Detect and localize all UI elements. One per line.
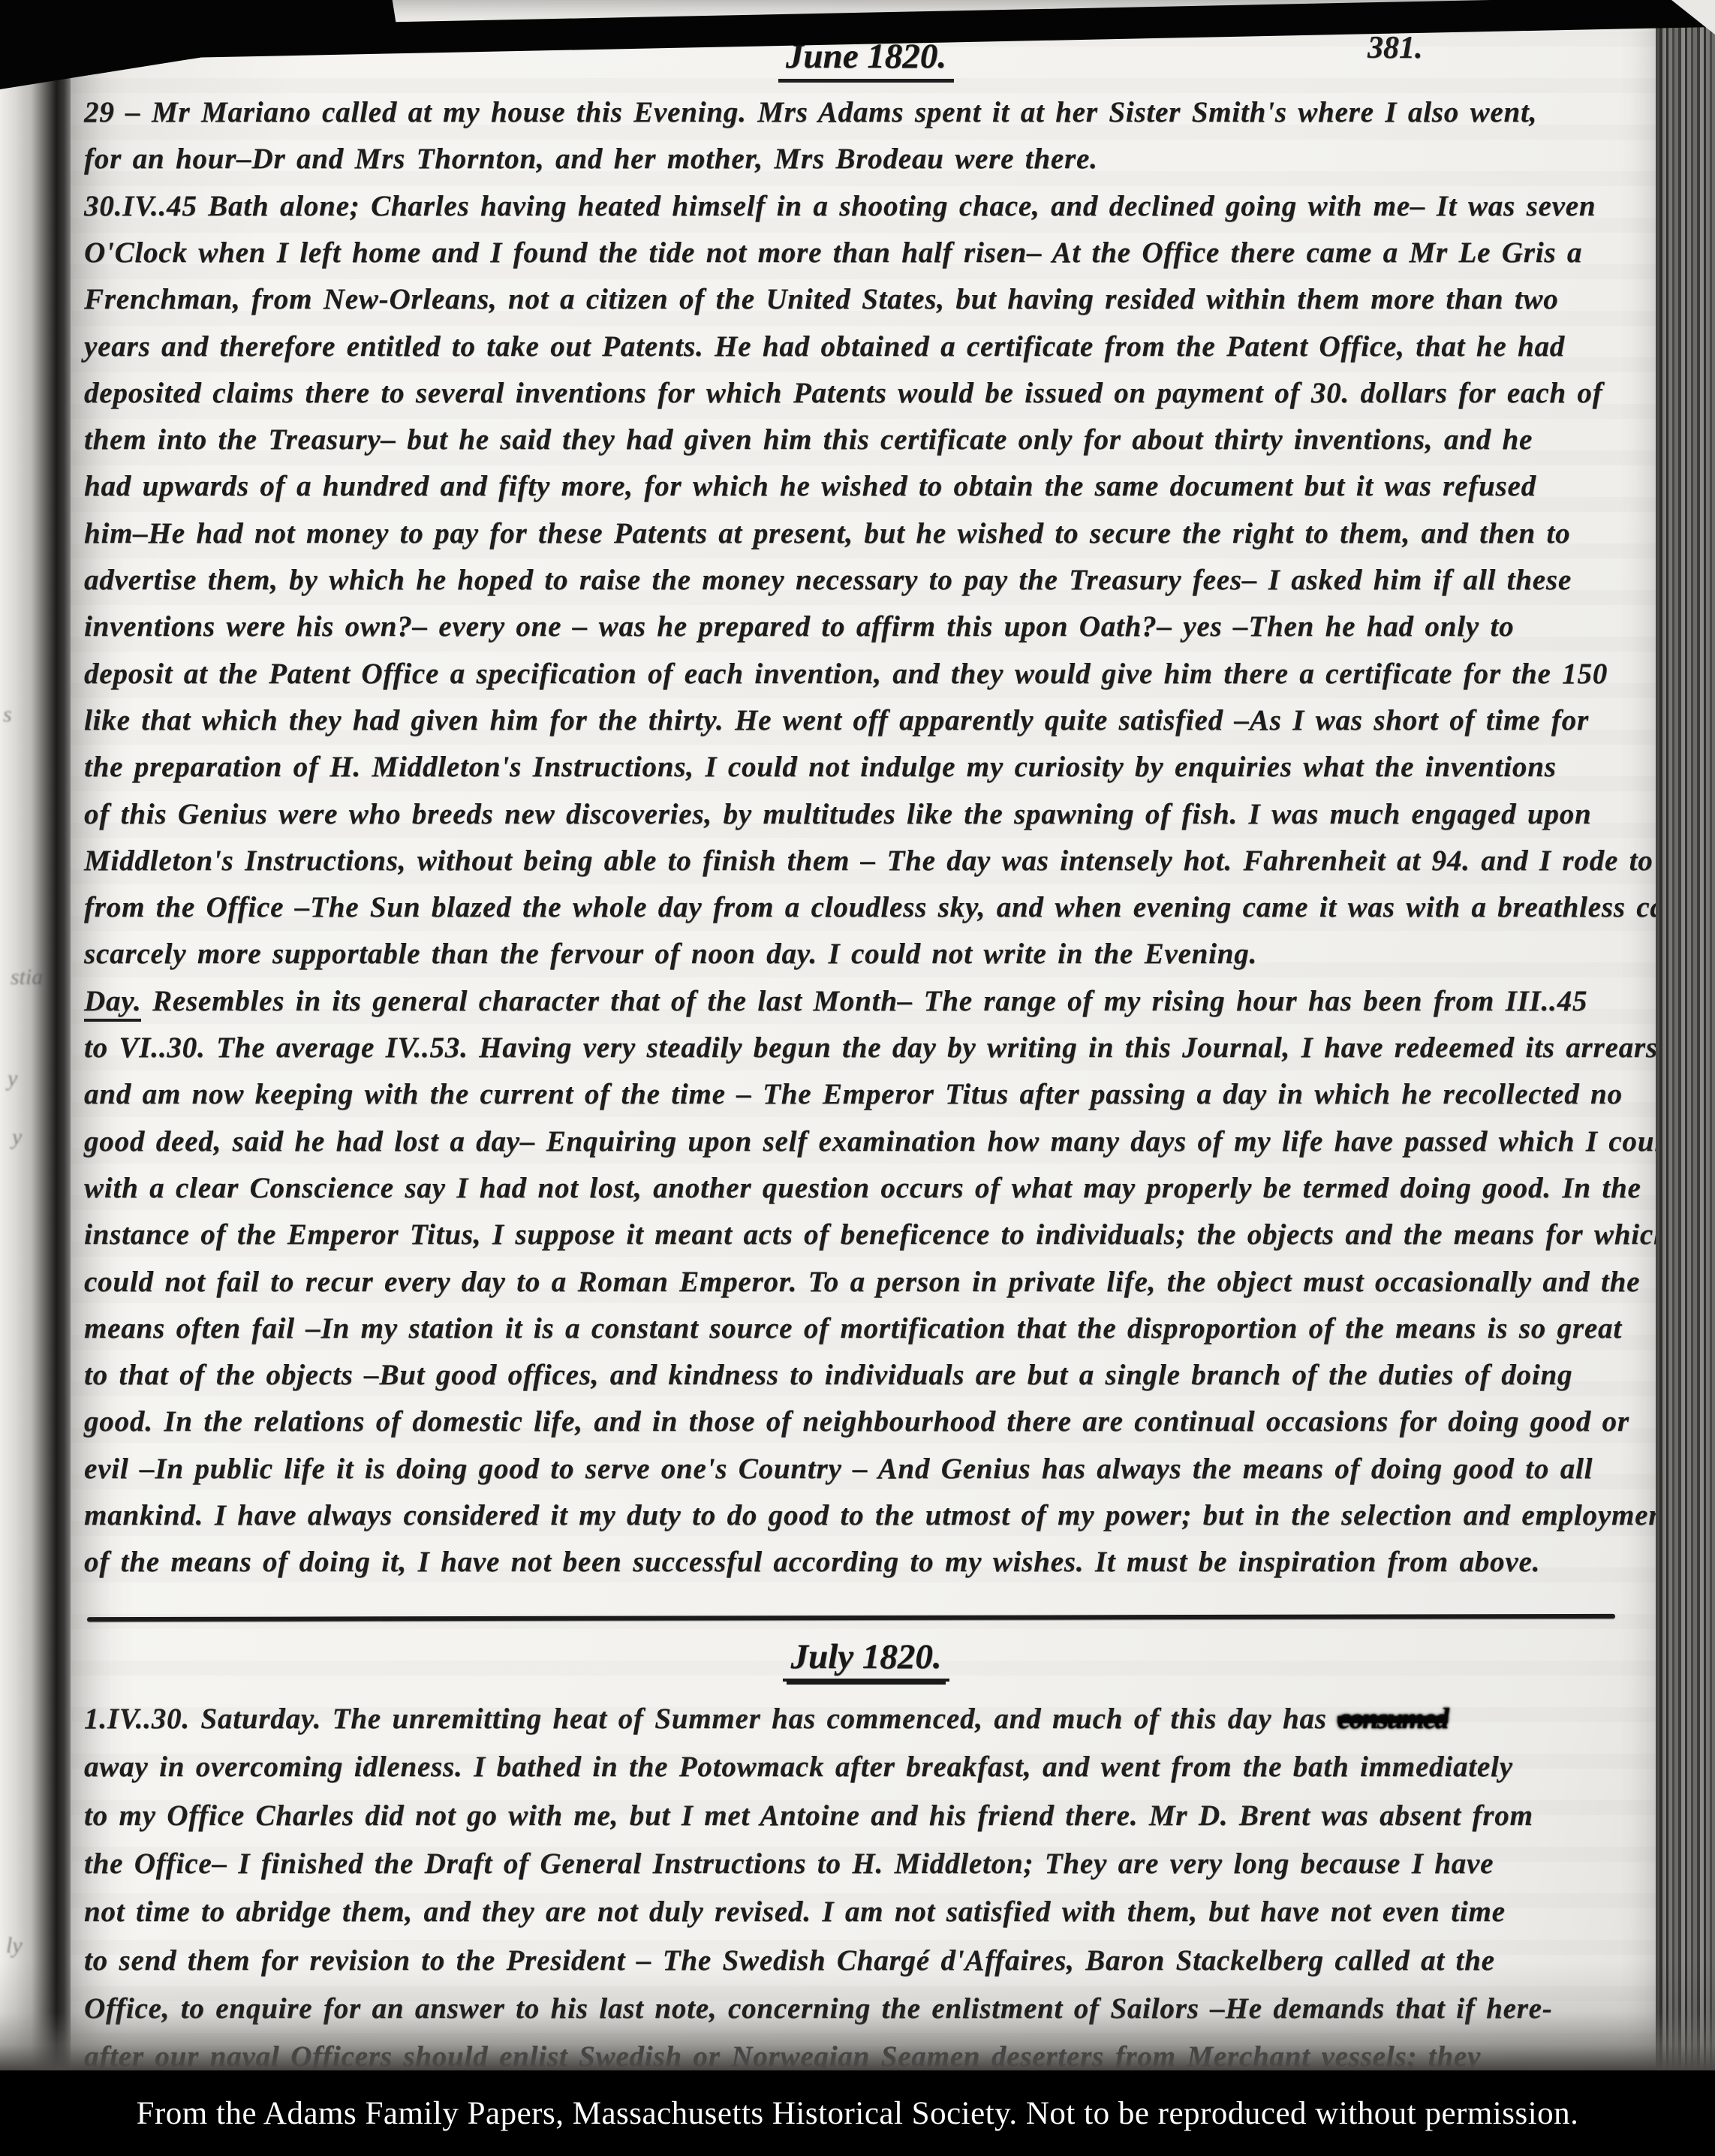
manuscript-line: away in overcoming idleness. I bathed in… bbox=[84, 1746, 1654, 1793]
line-text: the preparation of H. Middleton's Instru… bbox=[84, 751, 1557, 783]
manuscript-line: deposit at the Patent Office a specifica… bbox=[84, 653, 1654, 700]
manuscript-page: 381. June 1820. 29 – Mr Mariano called a… bbox=[71, 0, 1662, 2094]
line-text: had upwards of a hundred and fifty more,… bbox=[84, 470, 1536, 502]
section-divider-rule bbox=[87, 1614, 1615, 1622]
line-text: and am now keeping with the current of t… bbox=[84, 1078, 1623, 1110]
line-text: deposited claims there to several invent… bbox=[84, 377, 1602, 409]
line-text: like that which they had given him for t… bbox=[84, 704, 1589, 736]
line-text: O'Clock when I left home and I found the… bbox=[84, 236, 1582, 269]
bleedthrough-mark: ly bbox=[6, 1933, 23, 1959]
line-text: means often fail –In my station it is a … bbox=[84, 1312, 1622, 1344]
manuscript-line: and am now keeping with the current of t… bbox=[84, 1073, 1654, 1120]
manuscript-line: scarcely more supportable than the fervo… bbox=[84, 933, 1654, 980]
line-text: away in overcoming idleness. I bathed in… bbox=[84, 1751, 1513, 1783]
manuscript-line: of this Genius were who breeds new disco… bbox=[84, 793, 1654, 840]
line-text: with a clear Conscience say I had not lo… bbox=[84, 1172, 1641, 1204]
line-text: inventions were his own?– every one – wa… bbox=[84, 610, 1514, 643]
manuscript-line: could not fail to recur every day to a R… bbox=[84, 1261, 1654, 1308]
book-page-edges bbox=[1656, 0, 1715, 2156]
manuscript-line: inventions were his own?– every one – wa… bbox=[84, 606, 1654, 652]
line-text: deposit at the Patent Office a specifica… bbox=[84, 658, 1608, 690]
manuscript-line: Frenchman, from New-Orleans, not a citiz… bbox=[84, 279, 1654, 325]
line-text: to that of the objects –But good offices… bbox=[84, 1359, 1572, 1391]
manuscript-line: good deed, said he had lost a day– Enqui… bbox=[84, 1121, 1654, 1167]
manuscript-line: 1.IV..30. Saturday. The unremitting heat… bbox=[84, 1698, 1654, 1745]
manuscript-line: 29 – Mr Mariano called at my house this … bbox=[84, 92, 1654, 138]
manuscript-line: Middleton's Instructions, without being … bbox=[84, 840, 1654, 887]
manuscript-line: mankind. I have always considered it my … bbox=[84, 1495, 1654, 1541]
manuscript-line: with a clear Conscience say I had not lo… bbox=[84, 1167, 1654, 1214]
manuscript-line: O'Clock when I left home and I found the… bbox=[84, 232, 1654, 279]
line-text: advertise them, by which he hoped to rai… bbox=[84, 564, 1572, 596]
manuscript-line: deposited claims there to several invent… bbox=[84, 372, 1654, 419]
manuscript-line: 30.IV..45 Bath alone; Charles having hea… bbox=[84, 185, 1654, 232]
page-corner bbox=[1671, 0, 1715, 35]
underlined-word: Day. bbox=[84, 985, 141, 1022]
line-text: good deed, said he had lost a day– Enqui… bbox=[84, 1125, 1678, 1158]
manuscript-line: the Office– I finished the Draft of Gene… bbox=[84, 1843, 1654, 1890]
line-text: him–He had not money to pay for these Pa… bbox=[84, 517, 1570, 550]
line-text: the Office– I finished the Draft of Gene… bbox=[84, 1847, 1494, 1880]
manuscript-line: evil –In public life it is doing good to… bbox=[84, 1448, 1654, 1495]
manuscript-line: from the Office –The Sun blazed the whol… bbox=[84, 887, 1654, 933]
manuscript-line: like that which they had given him for t… bbox=[84, 700, 1654, 746]
bleedthrough-mark: y bbox=[12, 1125, 22, 1150]
manuscript-line: good. In the relations of domestic life,… bbox=[84, 1401, 1654, 1447]
archive-caption: From the Adams Family Papers, Massachuse… bbox=[137, 2095, 1579, 2132]
manuscript-line: means often fail –In my station it is a … bbox=[84, 1308, 1654, 1354]
manuscript-line: them into the Treasury– but he said they… bbox=[84, 419, 1654, 465]
line-text: from the Office –The Sun blazed the whol… bbox=[84, 891, 1697, 923]
bleedthrough-mark: stia bbox=[11, 965, 43, 990]
line-text: instance of the Emperor Titus, I suppose… bbox=[84, 1218, 1670, 1251]
manuscript-line: to VI..30. The average IV..53. Having ve… bbox=[84, 1027, 1654, 1073]
july-1820-heading: July 1820. bbox=[71, 1637, 1662, 1682]
line-text: them into the Treasury– but he said they… bbox=[84, 423, 1533, 456]
manuscript-line: to my Office Charles did not go with me,… bbox=[84, 1795, 1654, 1841]
july-heading-text: July 1820. bbox=[783, 1637, 949, 1682]
line-text: good. In the relations of domestic life,… bbox=[84, 1405, 1629, 1438]
line-text: not time to abridge them, and they are n… bbox=[84, 1896, 1506, 1928]
facing-page-edge: sstiayyly bbox=[0, 0, 44, 2156]
line-text: 1.IV..30. Saturday. The unremitting heat… bbox=[84, 1703, 1337, 1735]
book-gutter bbox=[44, 0, 72, 2156]
line-text: scarcely more supportable than the fervo… bbox=[84, 938, 1257, 970]
manuscript-line: to that of the objects –But good offices… bbox=[84, 1354, 1654, 1401]
line-text: of this Genius were who breeds new disco… bbox=[84, 798, 1592, 830]
line-text: of the means of doing it, I have not bee… bbox=[84, 1546, 1540, 1578]
manuscript-line: instance of the Emperor Titus, I suppose… bbox=[84, 1214, 1654, 1260]
manuscript-line: had upwards of a hundred and fifty more,… bbox=[84, 465, 1654, 512]
line-text: Resembles in its general character that … bbox=[141, 985, 1587, 1017]
line-text: for an hour–Dr and Mrs Thornton, and her… bbox=[84, 143, 1098, 175]
line-text: mankind. I have always considered it my … bbox=[84, 1499, 1674, 1531]
blotted-word: consumed bbox=[1337, 1703, 1448, 1735]
manuscript-line: Day. Resembles in its general character … bbox=[84, 980, 1654, 1027]
line-text: could not fail to recur every day to a R… bbox=[84, 1266, 1640, 1298]
line-text: Middleton's Instructions, without being … bbox=[84, 845, 1711, 877]
manuscript-line: for an hour–Dr and Mrs Thornton, and her… bbox=[84, 138, 1654, 185]
manuscript-line: not time to abridge them, and they are n… bbox=[84, 1891, 1654, 1938]
line-text: Frenchman, from New-Orleans, not a citiz… bbox=[84, 283, 1559, 315]
line-text: to my Office Charles did not go with me,… bbox=[84, 1799, 1533, 1832]
manuscript-line: him–He had not money to pay for these Pa… bbox=[84, 513, 1654, 559]
line-text: 29 – Mr Mariano called at my house this … bbox=[84, 96, 1537, 128]
manuscript-line: of the means of doing it, I have not bee… bbox=[84, 1541, 1654, 1588]
manuscript-line: advertise them, by which he hoped to rai… bbox=[84, 559, 1654, 606]
manuscript-line: the preparation of H. Middleton's Instru… bbox=[84, 746, 1654, 793]
caption-band: From the Adams Family Papers, Massachuse… bbox=[0, 2070, 1715, 2156]
line-text: years and therefore entitled to take out… bbox=[84, 330, 1565, 363]
line-text: 30.IV..45 Bath alone; Charles having hea… bbox=[84, 190, 1596, 222]
bleedthrough-mark: s bbox=[3, 702, 12, 727]
line-text: to VI..30. The average IV..53. Having ve… bbox=[84, 1031, 1665, 1064]
bleedthrough-mark: y bbox=[8, 1066, 17, 1092]
manuscript-line: years and therefore entitled to take out… bbox=[84, 326, 1654, 372]
line-text: evil –In public life it is doing good to… bbox=[84, 1453, 1593, 1485]
